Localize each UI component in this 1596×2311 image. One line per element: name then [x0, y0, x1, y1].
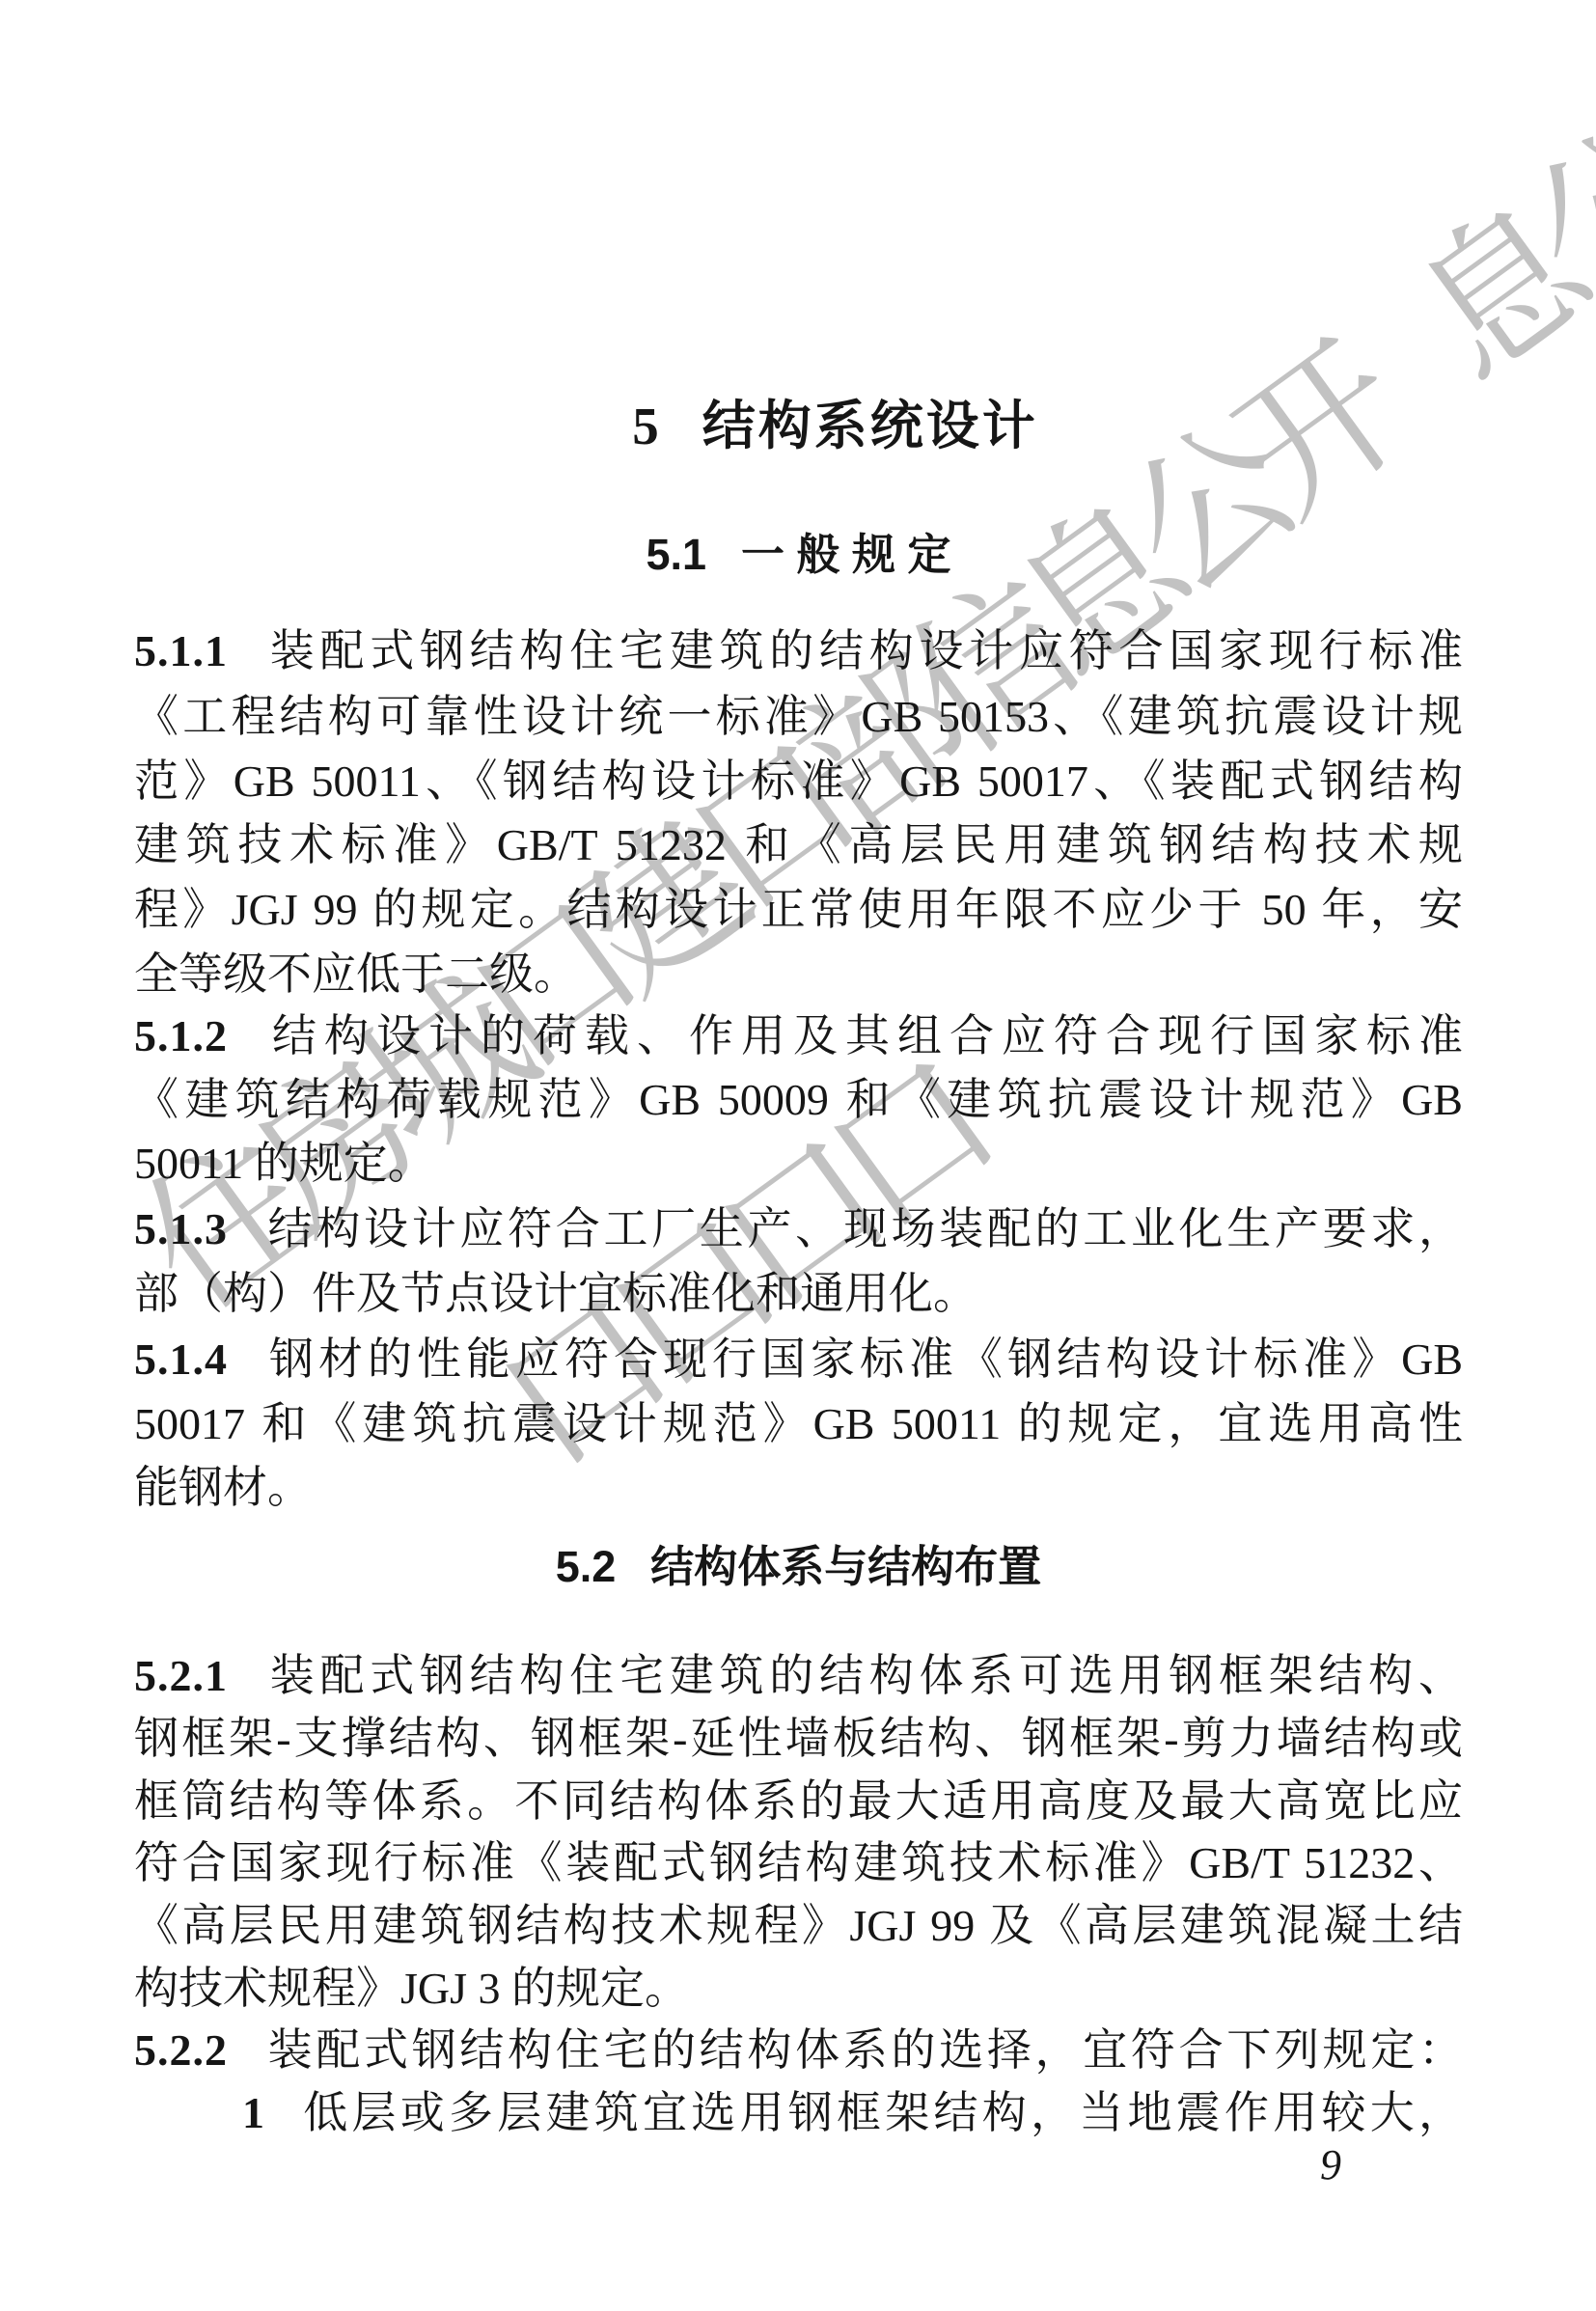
- clause-5-1-1-line-5: 程》JGJ 99 的规定。结构设计正常使用年限不应少于 50 年，安: [134, 886, 1463, 933]
- clause-5-1-4-line-3: 能钢材。: [134, 1464, 1463, 1511]
- clause-text: 装配式钢结构住宅的结构体系的选择，宜符合下列规定：: [264, 2025, 1463, 2075]
- item-text: 低层或多层建筑宜选用钢框架结构，当地震作用较大，: [299, 2088, 1463, 2137]
- clause-number: 5.2.2: [134, 2025, 228, 2075]
- clause-5-2-1-line-4: 符合国家现行标准《装配式钢结构建筑技术标准》GB/T 51232、: [134, 1839, 1463, 1886]
- page-content: 5结构系统设计 5.1一 般 规 定 5.1.1装配式钢结构住宅建筑的结构设计应…: [0, 0, 1596, 2311]
- clause-5-1-1-line-6: 全等级不应低于二级。: [134, 950, 1463, 998]
- clause-text: 钢材的性能应符合现行国家标准《钢结构设计标准》GB: [264, 1334, 1463, 1384]
- section-heading-5-2: 5.2结构体系与结构布置: [134, 1544, 1463, 1590]
- clause-text: 结构设计应符合工厂生产、现场装配的工业化生产要求，: [264, 1204, 1463, 1253]
- section-title-text: 结构体系与结构布置: [650, 1542, 1041, 1591]
- clause-5-1-3-line-2: 部（构）件及节点设计宜标准化和通用化。: [134, 1270, 1463, 1317]
- clause-5-1-3-line-1: 5.1.3结构设计应符合工厂生产、现场装配的工业化生产要求，: [134, 1205, 1463, 1252]
- clause-5-2-1-line-5: 《高层民用建筑钢结构技术规程》JGJ 99 及《高层建筑混凝土结: [134, 1902, 1463, 1949]
- item-number: 1: [242, 2088, 264, 2137]
- section-number: 5.2: [556, 1542, 617, 1591]
- clause-5-1-1-line-4: 建筑技术标准》GB/T 51232 和《高层民用建筑钢结构技术规: [134, 821, 1463, 868]
- section-title-text: 一 般 规 定: [741, 530, 951, 579]
- clause-text: 装配式钢结构住宅建筑的结构体系可选用钢框架结构、: [264, 1651, 1463, 1700]
- clause-text: 装配式钢结构住宅建筑的结构设计应符合国家现行标准: [264, 626, 1463, 675]
- chapter-number: 5: [632, 397, 662, 455]
- clause-number: 5.1.1: [134, 626, 228, 675]
- chapter-title-text: 结构系统设计: [702, 397, 1038, 455]
- clause-5-1-1-line-2: 《工程结构可靠性设计统一标准》GB 50153、《建筑抗震设计规: [134, 693, 1463, 740]
- clause-5-1-1-line-1: 5.1.1装配式钢结构住宅建筑的结构设计应符合国家现行标准: [134, 627, 1463, 674]
- clause-number: 5.1.4: [134, 1334, 228, 1384]
- document-page: 住房城口建口部信息公开 口口口口 息公开 5结构系统设计 5.1一 般 规 定 …: [0, 0, 1596, 2311]
- clause-5-2-1-line-6: 构技术规程》JGJ 3 的规定。: [134, 1965, 1463, 2012]
- clause-number: 5.1.2: [134, 1011, 228, 1060]
- chapter-title: 5结构系统设计: [134, 399, 1463, 454]
- clause-5-2-2-line-1: 5.2.2装配式钢结构住宅的结构体系的选择，宜符合下列规定：: [134, 2026, 1463, 2074]
- clause-5-2-1-line-1: 5.2.1装配式钢结构住宅建筑的结构体系可选用钢框架结构、: [134, 1652, 1463, 1699]
- clause-5-2-2-item-1: 1低层或多层建筑宜选用钢框架结构，当地震作用较大，: [134, 2089, 1463, 2136]
- clause-5-1-4-line-1: 5.1.4钢材的性能应符合现行国家标准《钢结构设计标准》GB: [134, 1335, 1463, 1383]
- clause-5-1-2-line-3: 50011 的规定。: [134, 1140, 1463, 1187]
- clause-5-1-2-line-1: 5.1.2结构设计的荷载、作用及其组合应符合现行国家标准: [134, 1012, 1463, 1059]
- clause-number: 5.2.1: [134, 1651, 228, 1700]
- clause-5-2-1-line-3: 框筒结构等体系。不同结构体系的最大适用高度及最大高宽比应: [134, 1777, 1463, 1825]
- page-number: 9: [1320, 2140, 1341, 2189]
- clause-number: 5.1.3: [134, 1204, 228, 1253]
- clause-text: 结构设计的荷载、作用及其组合应符合现行国家标准: [264, 1011, 1463, 1060]
- section-number: 5.1: [646, 530, 706, 579]
- clause-5-1-4-line-2: 50017 和《建筑抗震设计规范》GB 50011 的规定，宜选用高性: [134, 1400, 1463, 1447]
- section-heading-5-1: 5.1一 般 规 定: [134, 532, 1463, 578]
- clause-5-1-1-line-3: 范》GB 50011、《钢结构设计标准》GB 50017、《装配式钢结构: [134, 757, 1463, 805]
- clause-5-1-2-line-2: 《建筑结构荷载规范》GB 50009 和《建筑抗震设计规范》GB: [134, 1076, 1463, 1123]
- clause-5-2-1-line-2: 钢框架-支撑结构、钢框架-延性墙板结构、钢框架-剪力墙结构或: [134, 1715, 1463, 1762]
